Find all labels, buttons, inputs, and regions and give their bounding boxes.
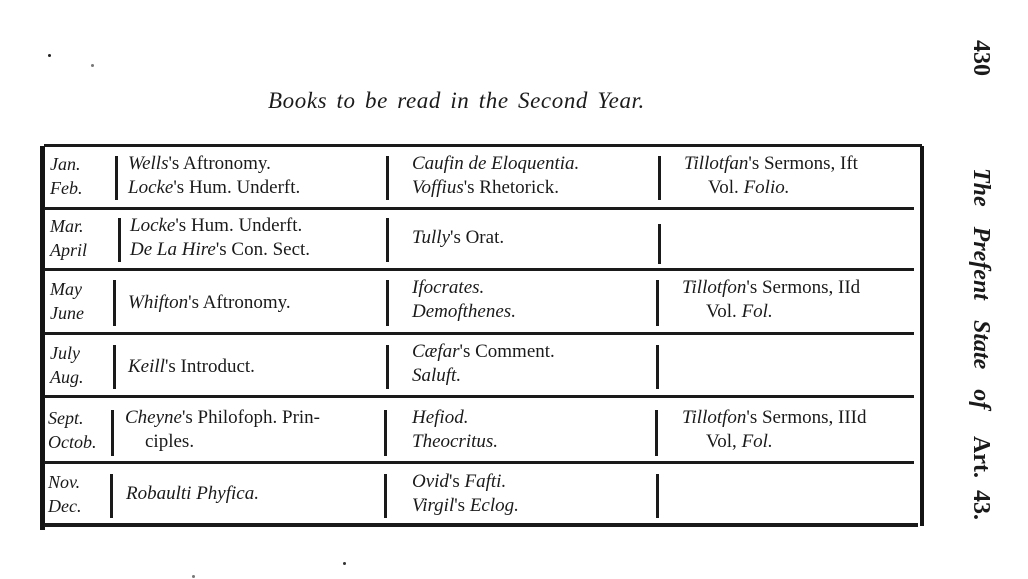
row-divider	[44, 332, 914, 335]
row-divider	[44, 268, 914, 271]
author: Wells	[128, 153, 168, 174]
title-text: 's	[449, 471, 465, 492]
column-divider	[118, 218, 121, 262]
month-label: Sept.	[48, 406, 97, 430]
author: Demofthenes.	[412, 301, 516, 322]
table-bottom-rule	[44, 523, 918, 527]
col2-cell: Hefiod. Theocritus.	[412, 406, 498, 454]
format-text: Fol.	[742, 301, 773, 322]
title-text: 's Sermons, IIId	[746, 407, 866, 428]
column-divider	[386, 156, 389, 200]
months-cell: May June	[50, 277, 84, 325]
author: Tully	[412, 227, 450, 248]
column-divider	[386, 218, 389, 262]
column-divider	[110, 474, 113, 518]
author: Cæfar	[412, 341, 460, 362]
row-divider	[44, 207, 914, 210]
author: Tillotfan	[684, 153, 748, 174]
author: Locke	[128, 177, 173, 198]
author: Tillotfon	[682, 407, 746, 428]
months-cell: Mar. April	[50, 214, 87, 262]
months-cell: Jan. Feb.	[50, 152, 82, 200]
column-divider	[386, 280, 389, 326]
author: Voffius	[412, 177, 464, 198]
running-title: The Prefent State of	[967, 168, 994, 409]
author: De La Hire	[130, 239, 216, 260]
author: Cheyne	[125, 407, 182, 428]
column-divider	[113, 345, 116, 389]
col3-cell: Tillotfan's Sermons, Ift Vol. Folio.	[684, 152, 858, 200]
title-text: 's Hum. Underft.	[175, 215, 302, 236]
col2-cell: Ovid's Fafti. Virgil's Eclog.	[412, 470, 519, 518]
col2-cell: Cæfar's Comment. Saluft.	[412, 340, 555, 388]
col3-cell: Tillotfon's Sermons, IIId Vol, Fol.	[682, 406, 866, 454]
months-cell: Nov. Dec.	[48, 470, 81, 518]
author: Keill	[128, 356, 165, 377]
title-text: Vol,	[706, 431, 742, 452]
author: Caufin de Eloquentia.	[412, 153, 579, 174]
format-text: Fol.	[742, 431, 773, 452]
month-label: April	[50, 238, 87, 262]
author: Hefiod.	[412, 407, 468, 428]
col1-cell: Whifton's Aftronomy.	[128, 291, 291, 315]
month-label: Nov.	[48, 470, 81, 494]
column-divider	[658, 156, 661, 200]
row-divider	[44, 461, 914, 464]
author: Virgil	[412, 495, 454, 516]
author: Locke	[130, 215, 175, 236]
column-divider	[113, 280, 116, 326]
month-label: June	[50, 301, 84, 325]
title-text: 's Introduct.	[165, 356, 255, 377]
month-label: Aug.	[50, 365, 84, 389]
author: Ifocrates.	[412, 277, 484, 298]
title-text: 's Comment.	[460, 341, 555, 362]
column-divider	[386, 345, 389, 389]
col3-cell: Tillotfon's Sermons, IId Vol. Fol.	[682, 276, 860, 324]
title-text: 's Orat.	[450, 227, 504, 248]
page-number: 430	[967, 40, 994, 76]
month-label: Feb.	[50, 176, 82, 200]
scan-speck	[48, 54, 51, 57]
month-label: May	[50, 277, 84, 301]
column-divider	[115, 156, 118, 200]
column-divider	[384, 410, 387, 456]
column-divider	[384, 474, 387, 518]
col1-cell: Locke's Hum. Underft. De La Hire's Con. …	[130, 214, 310, 262]
scan-speck	[343, 562, 346, 565]
title-text: 's Sermons, Ift	[748, 153, 858, 174]
column-divider	[111, 410, 114, 456]
title-text: 's Aftronomy.	[168, 153, 270, 174]
column-divider	[656, 280, 659, 326]
title-text: ciples.	[145, 431, 194, 452]
title-text: Vol.	[708, 177, 744, 198]
month-label: Jan.	[50, 152, 82, 176]
title-text: 's Con. Sect.	[216, 239, 310, 260]
author: Saluft.	[412, 365, 461, 386]
running-article: Art. 43.	[967, 436, 994, 520]
scan-speck	[91, 64, 94, 67]
title-text: 's	[454, 495, 470, 516]
author: Whifton	[128, 292, 188, 313]
author: Robaulti Phyfica.	[126, 483, 259, 504]
title-text: 's Hum. Underft.	[173, 177, 300, 198]
column-divider	[656, 474, 659, 518]
format-text: Folio.	[744, 177, 790, 198]
title-text: 's Rhetorick.	[464, 177, 559, 198]
column-divider	[656, 345, 659, 389]
months-cell: July Aug.	[50, 341, 84, 389]
title-text: 's Sermons, IId	[746, 277, 860, 298]
scan-speck	[192, 575, 195, 578]
col2-cell: Tully's Orat.	[412, 226, 504, 250]
title-text: Eclog.	[470, 495, 519, 516]
col2-cell: Caufin de Eloquentia. Voffius's Rhetoric…	[412, 152, 579, 200]
col1-cell: Wells's Aftronomy. Locke's Hum. Underft.	[128, 152, 300, 200]
col1-cell: Keill's Introduct.	[128, 355, 255, 379]
col2-cell: Ifocrates. Demofthenes.	[412, 276, 516, 324]
column-divider	[658, 224, 661, 264]
title-text: 's Philofoph. Prin-	[182, 407, 320, 428]
month-label: Mar.	[50, 214, 87, 238]
col1-cell: Cheyne's Philofoph. Prin- ciples.	[125, 406, 320, 454]
author: Ovid	[412, 471, 449, 492]
title-text: Vol.	[706, 301, 742, 322]
row-divider	[44, 395, 914, 398]
months-cell: Sept. Octob.	[48, 406, 97, 454]
table-right-border	[920, 146, 924, 526]
title-text: 's Aftronomy.	[188, 292, 290, 313]
column-divider	[655, 410, 658, 456]
month-label: Octob.	[48, 430, 97, 454]
author: Theocritus.	[412, 431, 498, 452]
col1-cell: Robaulti Phyfica.	[126, 482, 259, 506]
month-label: Dec.	[48, 494, 81, 518]
page-title: Books to be read in the Second Year.	[268, 88, 718, 114]
month-label: July	[50, 341, 84, 365]
table-left-border	[40, 146, 45, 530]
author: Tillotfon	[682, 277, 746, 298]
title-text: Fafti.	[465, 471, 507, 492]
table-top-rule	[44, 144, 922, 147]
